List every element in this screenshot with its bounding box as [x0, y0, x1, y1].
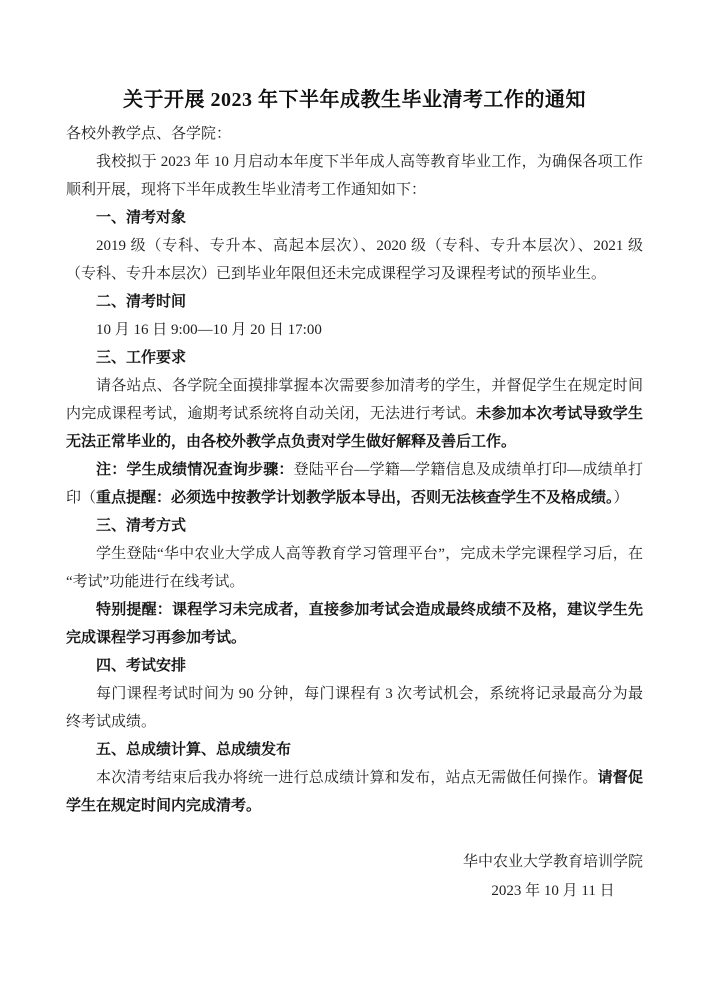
text-segment: 四、考试安排: [96, 658, 186, 674]
paragraph: 请各站点、各学院全面摸排掌握本次需要参加清考的学生，并督促学生在规定时间内完成课…: [66, 372, 643, 456]
text-segment: 三、工作要求: [96, 350, 186, 366]
text-segment: 特别提醒：课程学习未完成者，直接参加考试会造成最终成绩不及格，建议学生先完成课程…: [66, 602, 643, 646]
text-segment: 本次清考结束后我办将统一进行总成绩计算和发布，站点无需做任何操作。: [96, 770, 598, 786]
section-heading: 三、清考方式: [66, 512, 643, 540]
document-body: 各校外教学点、各学院：我校拟于 2023 年 10 月启动本年度下半年成人高等教…: [66, 120, 643, 820]
section-heading: 五、总成绩计算、总成绩发布: [66, 736, 643, 764]
paragraph: 学生登陆“华中农业大学成人高等教育学习管理平台”，完成未学完课程学习后，在“考试…: [66, 540, 643, 596]
text-segment: 五、总成绩计算、总成绩发布: [96, 742, 291, 758]
paragraph: 注：学生成绩情况查询步骤：登陆平台—学籍—学籍信息及成绩单打印—成绩单打印（重点…: [66, 456, 643, 512]
signature-inner: 华中农业大学教育培训学院 2023 年 10 月 11 日: [463, 848, 643, 906]
signature-organization: 华中农业大学教育培训学院: [463, 848, 643, 877]
paragraph: 每门课程考试时间为 90 分钟，每门课程有 3 次考试机会，系统将记录最高分为最…: [66, 680, 643, 736]
section-heading: 二、清考时间: [66, 288, 643, 316]
text-segment: 我校拟于 2023 年 10 月启动本年度下半年成人高等教育毕业工作，为确保各项…: [66, 154, 643, 198]
text-segment: 10 月 16 日 9:00—10 月 20 日 17:00: [96, 322, 322, 338]
signature-block: 华中农业大学教育培训学院 2023 年 10 月 11 日: [66, 848, 643, 906]
salutation: 各校外教学点、各学院：: [66, 120, 643, 148]
text-segment: 注：学生成绩情况查询步骤：: [96, 462, 294, 478]
paragraph: 本次清考结束后我办将统一进行总成绩计算和发布，站点无需做任何操作。请督促学生在规…: [66, 764, 643, 820]
signature-date: 2023 年 10 月 11 日: [463, 877, 643, 906]
section-heading: 一、清考对象: [66, 204, 643, 232]
section-heading: 三、工作要求: [66, 344, 643, 372]
text-segment: 2019 级（专科、专升本、高起本层次）、2020 级（专科、专升本层次）、20…: [66, 238, 643, 282]
paragraph: 2019 级（专科、专升本、高起本层次）、2020 级（专科、专升本层次）、20…: [66, 232, 643, 288]
paragraph: 特别提醒：课程学习未完成者，直接参加考试会造成最终成绩不及格，建议学生先完成课程…: [66, 596, 643, 652]
text-segment: 三、清考方式: [96, 518, 186, 534]
paragraph: 10 月 16 日 9:00—10 月 20 日 17:00: [66, 316, 643, 344]
document-content: 关于开展 2023 年下半年成教生毕业清考工作的通知 各校外教学点、各学院：我校…: [0, 0, 707, 906]
text-segment: ）: [614, 490, 629, 506]
document-page: 关于开展 2023 年下半年成教生毕业清考工作的通知 各校外教学点、各学院：我校…: [0, 0, 707, 999]
text-segment: 二、清考时间: [96, 294, 186, 310]
text-segment: 重点提醒：必须选中按教学计划教学版本导出，否则无法核查学生不及格成绩。: [96, 490, 614, 506]
text-segment: 一、清考对象: [96, 210, 186, 226]
text-segment: 各校外教学点、各学院：: [66, 126, 231, 142]
text-segment: 学生登陆“华中农业大学成人高等教育学习管理平台”，完成未学完课程学习后，在“考试…: [66, 546, 643, 590]
document-title: 关于开展 2023 年下半年成教生毕业清考工作的通知: [66, 84, 643, 116]
section-heading: 四、考试安排: [66, 652, 643, 680]
text-segment: 每门课程考试时间为 90 分钟，每门课程有 3 次考试机会，系统将记录最高分为最…: [66, 686, 643, 730]
paragraph: 我校拟于 2023 年 10 月启动本年度下半年成人高等教育毕业工作，为确保各项…: [66, 148, 643, 204]
